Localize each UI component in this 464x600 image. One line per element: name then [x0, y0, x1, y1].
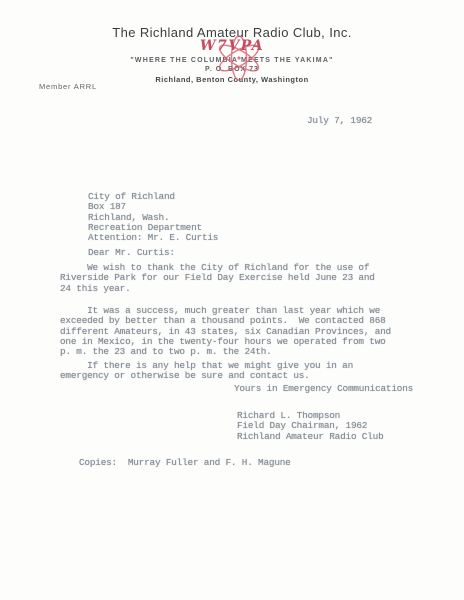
callsign: W7VPA [0, 38, 464, 54]
recipient-block: City of Richland Box 187 Richland, Wash.… [88, 192, 218, 243]
body-paragraph-1: We wish to thank the City of Richland fo… [60, 263, 375, 294]
date-line: July 7, 1962 [307, 116, 372, 126]
letter-page: The Richland Amateur Radio Club, Inc. W7… [0, 0, 464, 600]
body-paragraph-2: It was a success, much greater than last… [60, 306, 391, 357]
body-paragraph-3: If there is any help that we might give … [60, 361, 353, 382]
signature-block: Richard L. Thompson Field Day Chairman, … [237, 411, 384, 442]
closing-line: Yours in Emergency Communications [234, 384, 413, 394]
member-arrl: Member ARRL [39, 82, 97, 91]
copies-line: Copies: Murray Fuller and F. H. Magune [79, 458, 291, 468]
po-box: P. O. BOX 73 [0, 66, 464, 73]
slogan: "WHERE THE COLUMBIA MEETS THE YAKIMA" [0, 57, 464, 64]
salutation: Dear Mr. Curtis: [88, 248, 175, 258]
